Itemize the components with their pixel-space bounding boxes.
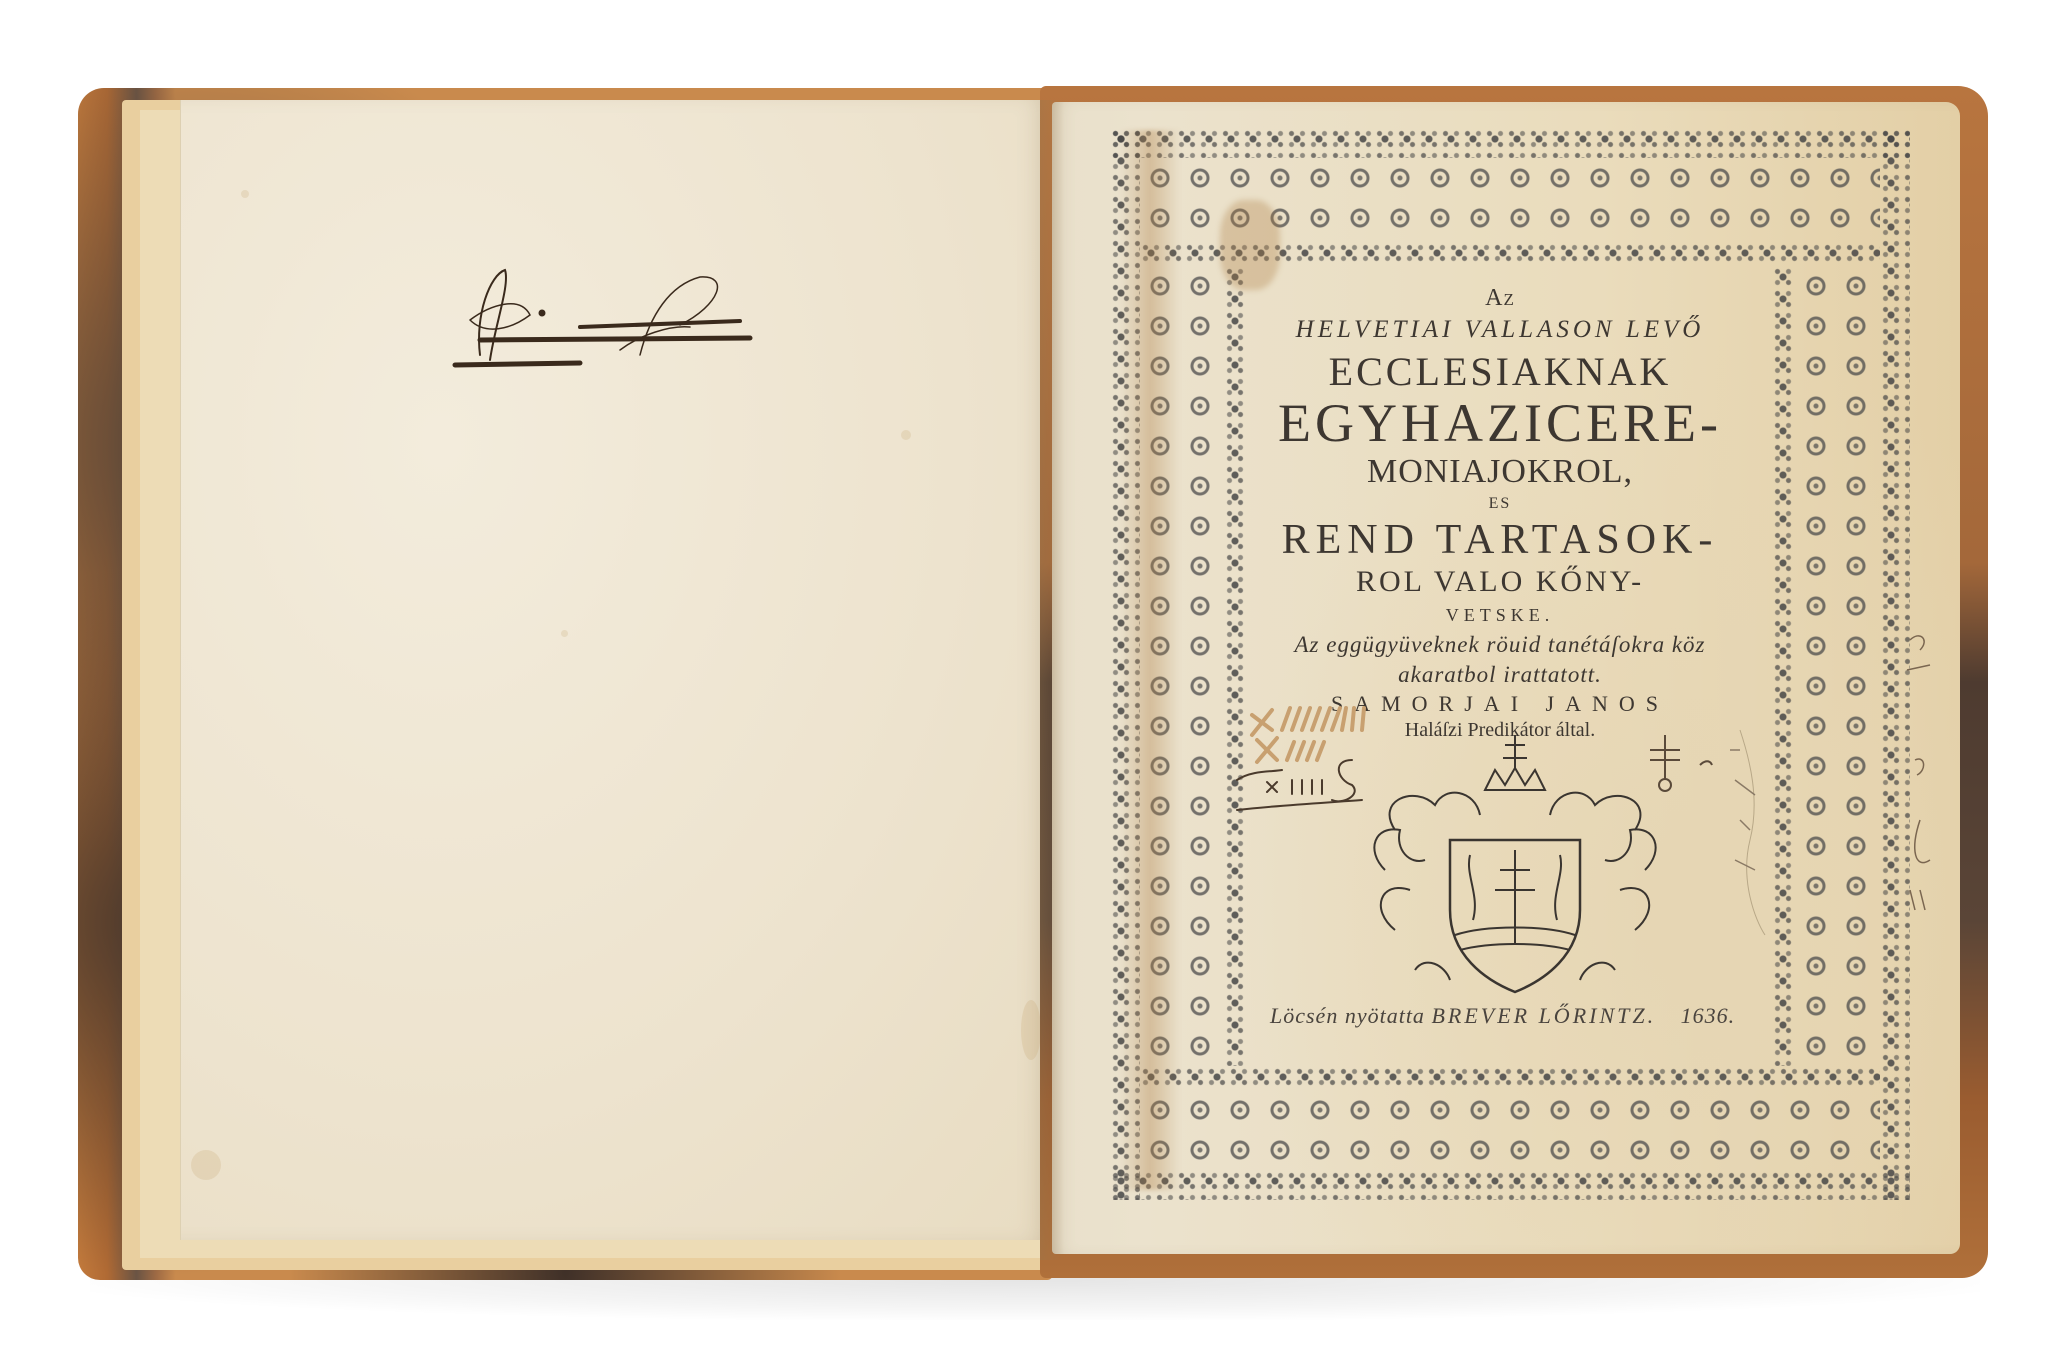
subtitle-line: Az eggügyüveknek röuid tanétáſokra köz (1230, 630, 1770, 660)
title-line: ES (1250, 492, 1750, 516)
coat-of-arms (1355, 730, 1675, 1000)
title-line: REND TARTASOK- (1250, 516, 1750, 564)
foxing-stain (191, 1150, 221, 1180)
imprint-place: Löcsén nyötatta (1270, 1003, 1425, 1028)
water-stain (1120, 130, 1180, 1190)
gutter-shadow (1040, 100, 1064, 1260)
handwriting-icon (1905, 610, 1935, 940)
margin-notes (1905, 610, 1935, 940)
imprint-year: 1636. (1681, 1003, 1736, 1028)
water-stain (1220, 200, 1280, 290)
title-text-block: Az HELVETIAI VALLASON LEVŐ ECCLESIAKNAK … (1250, 285, 1750, 742)
handwriting-icon (440, 255, 780, 375)
foxing-stain (561, 630, 568, 637)
foxing-stain (901, 430, 911, 440)
subtitle-line: akaratbol irattatott. (1250, 660, 1750, 690)
foxing-stain (1021, 1000, 1041, 1060)
imprint-printer: BREVER LŐRINTZ. (1431, 1003, 1656, 1028)
title-line: EGYHAZICERE- (1232, 394, 1768, 452)
border-band-right-2 (1772, 266, 1796, 1066)
title-line: MONIAJOKROL, (1250, 452, 1750, 492)
monogram-icon (1640, 720, 1780, 940)
border-band-bottom-inner (1140, 1090, 1880, 1170)
border-band-top (1110, 128, 1910, 158)
title-line: ROL VALO KŐNY- (1250, 564, 1750, 600)
border-band-left-2 (1224, 266, 1248, 1066)
coat-of-arms-icon (1355, 730, 1675, 1000)
border-band-right-inner (1796, 266, 1880, 1066)
border-band-bottom-2 (1140, 1066, 1880, 1090)
foxing-stain (241, 190, 249, 198)
crossed-out-inscription (440, 255, 780, 375)
title-line: Az (1250, 285, 1750, 312)
imprint-line: Löcsén nyötatta BREVER LŐRINTZ. 1636. (1270, 1003, 1730, 1029)
title-line: HELVETIAI VALLASON LEVŐ (1250, 316, 1750, 344)
title-line: ECCLESIAKNAK (1250, 350, 1750, 394)
manuscript-mark (1640, 720, 1780, 940)
border-band-bottom (1110, 1170, 1910, 1200)
title-line: VETSKE. (1250, 600, 1750, 630)
